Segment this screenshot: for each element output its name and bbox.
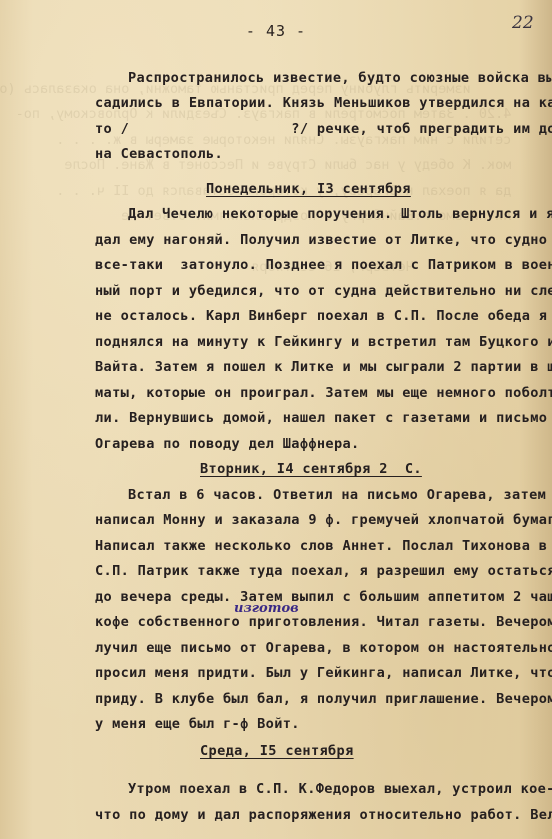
text-line: Огарева по поводу дел Шаффнера. xyxy=(95,436,360,452)
text-line: все-таки затонуло. Позднее я поехал с Па… xyxy=(95,257,552,273)
text-line: на Севастополь. xyxy=(95,146,223,162)
text-line: поднялся на минуту к Гейкингу и встретил… xyxy=(95,334,552,350)
text-line: у меня еще был г-ф Войт. xyxy=(95,716,300,732)
text-line: садились в Евпатории. Князь Меньшиков ут… xyxy=(95,95,552,111)
text-line: не осталось. Карл Винберг поехал в С.П. … xyxy=(95,308,547,324)
text-line: С.П. Патрик также туда поехал, я разреши… xyxy=(95,563,552,579)
text-line: маты, которые он проиграл. Затем мы еще … xyxy=(95,385,552,401)
text-line: лучил еще письмо от Огарева, в котором о… xyxy=(95,640,552,656)
text-line: ный порт и убедился, что от судна действ… xyxy=(95,283,552,299)
page-number: - 43 - xyxy=(0,22,552,40)
text-line: Встал в 6 часов. Ответил на письмо Огаре… xyxy=(128,487,546,503)
text-line: кофе собственного приготовления. Читал г… xyxy=(95,614,552,630)
text-line: просил меня придти. Был у Гейкинга, напи… xyxy=(95,665,552,681)
document-page: измерить глубину перед пристанью таможни… xyxy=(0,0,552,839)
text-line: Распространилось известие, будто союзные… xyxy=(128,70,552,86)
archive-folio-number: 22 xyxy=(512,13,534,33)
text-line: то / ?/ речке, чтоб преградить им дорогу xyxy=(95,121,552,137)
date-heading-tuesday: Вторник, I4 сентября 2 С. xyxy=(200,461,422,477)
text-line: до вечера среды. Затем выпил с большим а… xyxy=(95,589,552,605)
text-line: Дал Чечелю некоторые поручения. Штоль ве… xyxy=(128,206,552,222)
text-line: дал ему нагоняй. Получил известие от Лит… xyxy=(95,232,547,248)
text-line: приду. В клубе был бал, я получил пригла… xyxy=(95,691,552,707)
handwritten-correction: изготов xyxy=(234,601,299,616)
text-line: Написал также несколько слов Аннет. Посл… xyxy=(95,538,547,554)
text-line: что по дому и дал распоряжения относител… xyxy=(95,807,552,823)
text-line: Вайта. Затем я пошел к Литке и мы сыграл… xyxy=(95,359,552,375)
date-heading-monday: Понедельник, I3 сентября xyxy=(206,181,411,197)
text-line: Утром поехал в С.П. К.Федоров выехал, ус… xyxy=(128,781,552,797)
date-heading-wednesday: Среда, I5 сентября xyxy=(200,743,354,759)
text-line: ли. Вернувшись домой, нашел пакет с газе… xyxy=(95,410,552,426)
text-line: написал Монну и заказала 9 ф. гремучей х… xyxy=(95,512,552,528)
